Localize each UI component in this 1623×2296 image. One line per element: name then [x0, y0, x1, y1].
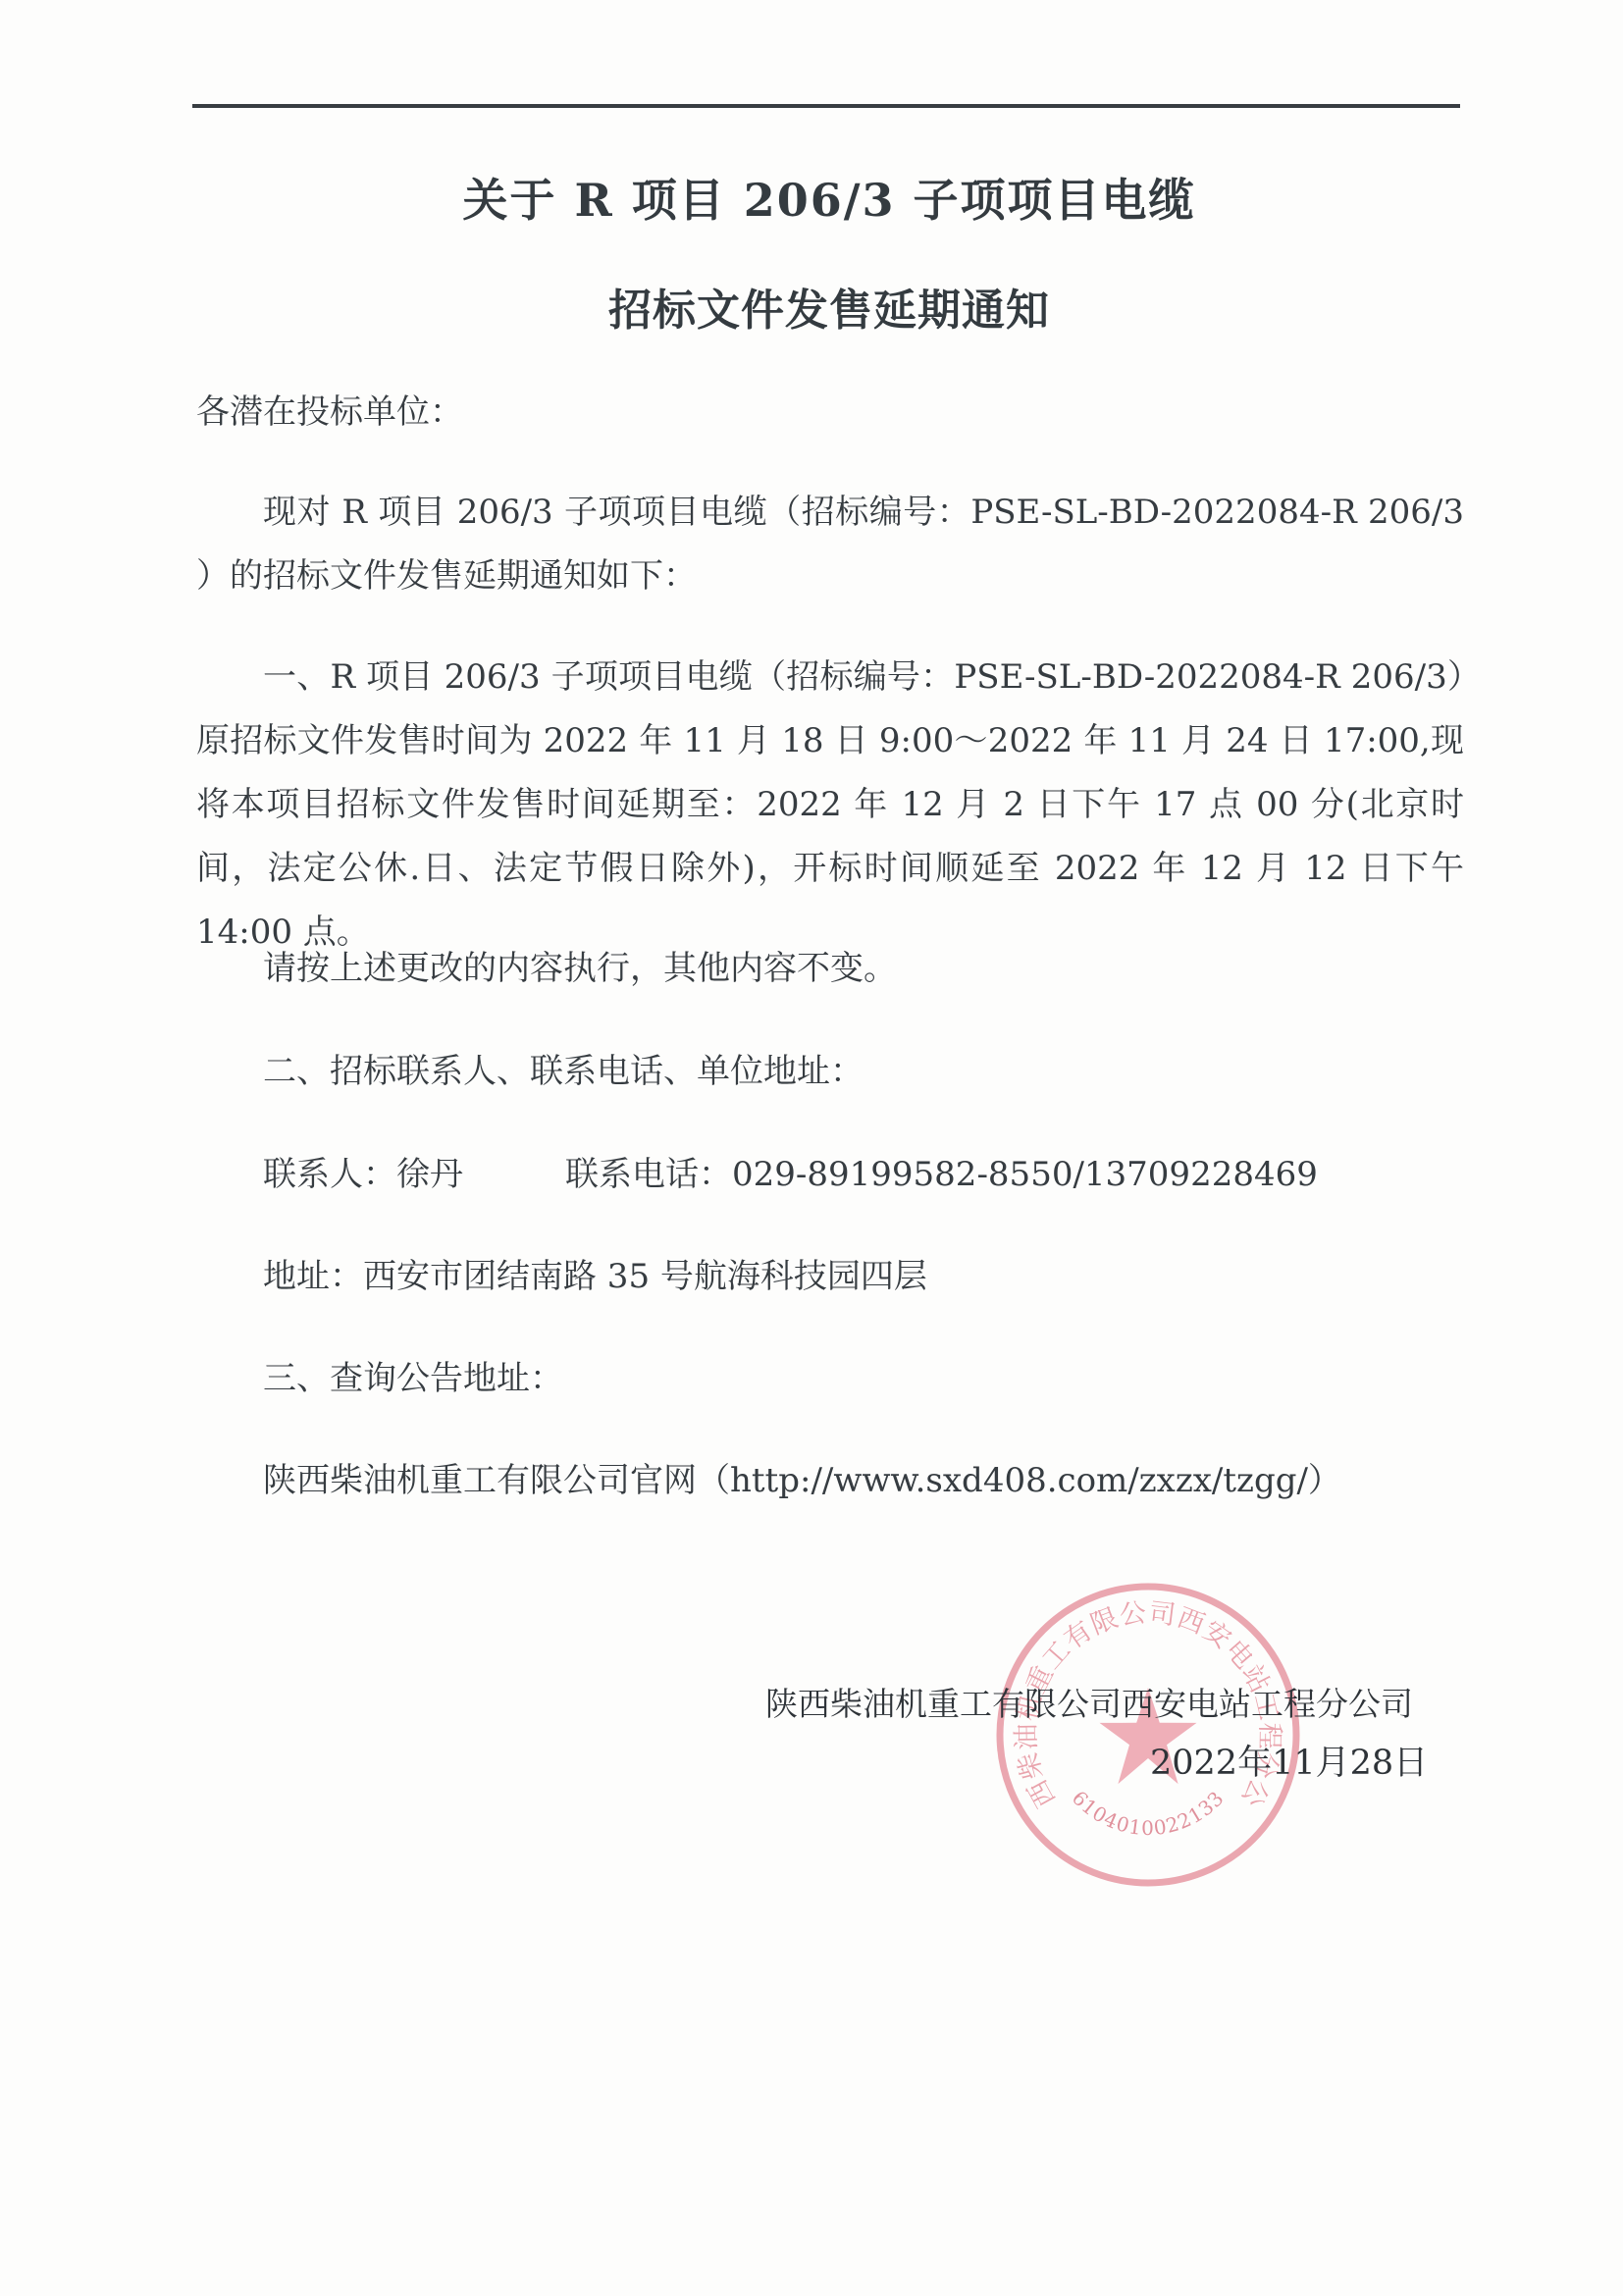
address-line: 地址：西安市团结南路 35 号航海科技园四层: [196, 1245, 1464, 1309]
contact-phone-number: 029-89199582-8550/13709228469: [732, 1155, 1318, 1194]
contact-person-label: 联系人：: [263, 1155, 396, 1194]
contact-line: 联系人：徐丹联系电话：029-89199582-8550/13709228469: [196, 1143, 1464, 1207]
document-title-line1: 关于 R 项目 206/3 子项项目电缆: [196, 165, 1462, 230]
paragraph-item1-delay-details: 一、R 项目 206/3 子项项目电缆（招标编号：PSE-SL-BD-20220…: [196, 646, 1464, 965]
signature-date: 2022年11月28日: [1150, 1743, 1428, 1784]
salutation: 各潜在投标单位：: [196, 381, 1464, 444]
signature-company: 陕西柴油机重工有限公司西安电站工程分公司: [765, 1680, 1413, 1729]
paragraph-item2-heading: 二、招标联系人、联系电话、单位地址：: [196, 1040, 1464, 1104]
website-line: 陕西柴油机重工有限公司官网（http://www.sxd408.com/zxzx…: [196, 1449, 1464, 1513]
contact-phone-label: 联系电话：: [565, 1155, 732, 1194]
document-title-line2: 招标文件发售延期通知: [196, 275, 1462, 338]
contact-person-name: 徐丹: [396, 1155, 463, 1194]
paragraph-item3-heading: 三、查询公告地址：: [196, 1347, 1464, 1411]
header-rule: [192, 104, 1460, 108]
paragraph-note: 请按上述更改的内容执行，其他内容不变。: [196, 937, 1464, 1001]
company-seal-stamp: 陕西柴油机重工有限公司西安电站工程分公司 6104010022133: [993, 1580, 1303, 1890]
scanned-notice-page: 关于 R 项目 206/3 子项项目电缆 招标文件发售延期通知 各潜在投标单位：…: [0, 0, 1623, 2296]
seal-serial-number: 6104010022133: [1068, 1786, 1229, 1840]
paragraph-intro: 现对 R 项目 206/3 子项项目电缆（招标编号：PSE-SL-BD-2022…: [196, 481, 1464, 608]
